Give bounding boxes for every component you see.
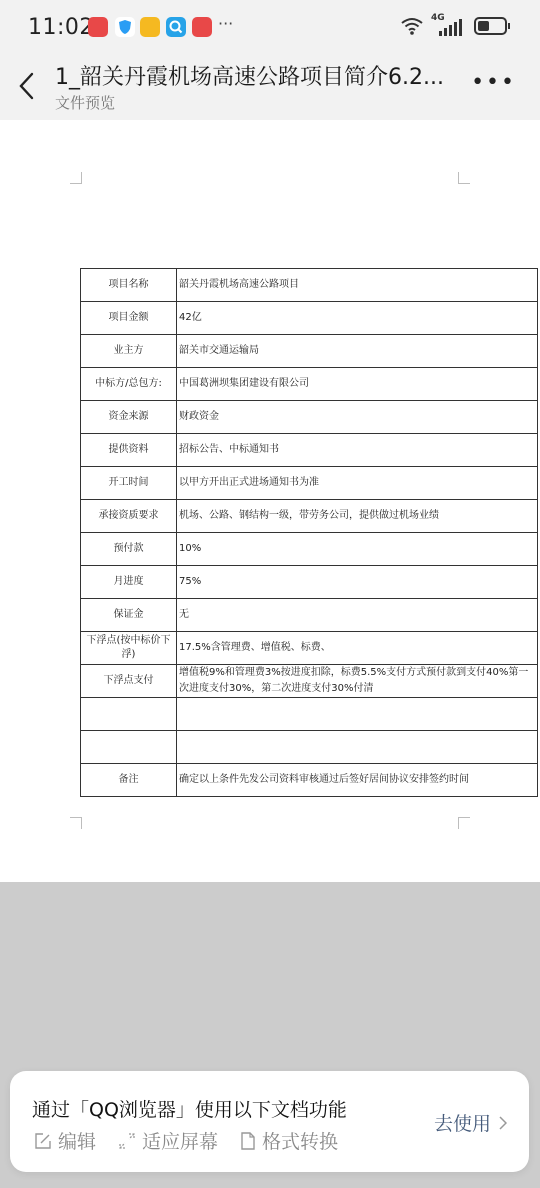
promo-title: 通过「QQ浏览器」使用以下文档功能: [32, 1095, 347, 1122]
row-label: 备注: [81, 764, 177, 797]
chevron-right-icon: [499, 1116, 507, 1130]
row-label: 项目名称: [81, 269, 177, 302]
clock: 11:02: [28, 15, 94, 40]
go-use-button[interactable]: 去使用: [434, 1109, 507, 1136]
row-label: 保证金: [81, 599, 177, 632]
row-label: 业主方: [81, 335, 177, 368]
row-label: 下浮点(按中标价下浮): [81, 632, 177, 665]
project-info-table: 项目名称韶关丹霞机场高速公路项目 项目金额42亿 业主方韶关市交通运输局 中标方…: [80, 268, 538, 797]
row-label: 承接资质要求: [81, 500, 177, 533]
back-button[interactable]: [14, 68, 42, 104]
search-app-icon: [166, 17, 186, 37]
row-value: 10%: [177, 533, 538, 566]
cellular-signal-icon: 4G: [431, 16, 462, 36]
table-row: 开工时间以甲方开出正式进场通知书为准: [81, 467, 538, 500]
row-label: 下浮点支付: [81, 665, 177, 698]
row-label: [81, 698, 177, 731]
row-label: 中标方/总包方:: [81, 368, 177, 401]
red-book-app-icon: [192, 17, 212, 37]
edit-icon: [34, 1132, 52, 1150]
fit-screen-icon: [118, 1132, 136, 1150]
battery-icon: [474, 17, 510, 35]
row-value: [177, 698, 538, 731]
page-margin-mark: [458, 172, 470, 184]
table-row: 提供资料招标公告、中标通知书: [81, 434, 538, 467]
status-bar: 11:02 ··· 4G: [0, 0, 540, 56]
feature-label: 编辑: [58, 1127, 96, 1154]
wifi-icon: [399, 16, 425, 36]
table-row: 项目金额42亿: [81, 302, 538, 335]
table-row: 承接资质要求机场、公路、钢结构一级，带劳务公司，提供做过机场业绩: [81, 500, 538, 533]
table-row: 业主方韶关市交通运输局: [81, 335, 538, 368]
huawei-app-icon: [88, 17, 108, 37]
table-row: [81, 698, 538, 731]
table-row: 保证金无: [81, 599, 538, 632]
network-type-label: 4G: [431, 13, 445, 23]
row-label: 预付款: [81, 533, 177, 566]
feature-format-convert[interactable]: 格式转换: [240, 1127, 338, 1154]
feature-list: 编辑 适应屏幕 格式转换: [34, 1127, 338, 1154]
page-margin-mark: [458, 817, 470, 829]
row-value: 韶关市交通运输局: [177, 335, 538, 368]
feature-label: 格式转换: [262, 1127, 338, 1154]
yellow-app-icon: [140, 17, 160, 37]
table-row: [81, 731, 538, 764]
system-icons: 4G: [399, 16, 510, 36]
row-value: 招标公告、中标通知书: [177, 434, 538, 467]
document-subtitle: 文件预览: [55, 92, 115, 113]
qq-browser-promo-card[interactable]: 通过「QQ浏览器」使用以下文档功能 编辑 适应屏幕 格式转换 去使用: [10, 1071, 529, 1172]
table-row: 备注确定以上条件先发公司资料审核通过后签好居间协议安排签约时间: [81, 764, 538, 797]
page-margin-mark: [70, 817, 82, 829]
row-label: 资金来源: [81, 401, 177, 434]
table-row: 项目名称韶关丹霞机场高速公路项目: [81, 269, 538, 302]
row-value: 无: [177, 599, 538, 632]
row-value: 75%: [177, 566, 538, 599]
shield-app-icon: [115, 17, 135, 37]
page-margin-mark: [70, 172, 82, 184]
table-row: 中标方/总包方:中国葛洲坝集团建设有限公司: [81, 368, 538, 401]
more-notifications-icon: ···: [218, 14, 233, 33]
table-row: 资金来源财政资金: [81, 401, 538, 434]
feature-edit[interactable]: 编辑: [34, 1127, 96, 1154]
row-value: 17.5%含管理费、增值税、标费、: [177, 632, 538, 665]
more-options-button[interactable]: •••: [471, 70, 516, 95]
table-row: 下浮点(按中标价下浮)17.5%含管理费、增值税、标费、: [81, 632, 538, 665]
feature-fit-screen[interactable]: 适应屏幕: [118, 1127, 218, 1154]
row-value: 机场、公路、钢结构一级，带劳务公司，提供做过机场业绩: [177, 500, 538, 533]
table-row: 下浮点支付增值税9%和管理费3%按进度扣除，标费5.5%支付方式预付款到支付40…: [81, 665, 538, 698]
table-row: 月进度75%: [81, 566, 538, 599]
go-use-label: 去使用: [434, 1109, 491, 1136]
row-value: 42亿: [177, 302, 538, 335]
document-icon: [240, 1132, 256, 1150]
chevron-left-icon: [14, 68, 42, 104]
row-value: 韶关丹霞机场高速公路项目: [177, 269, 538, 302]
document-page: 项目名称韶关丹霞机场高速公路项目 项目金额42亿 业主方韶关市交通运输局 中标方…: [0, 120, 540, 882]
row-label: [81, 731, 177, 764]
document-title: 1_韶关丹霞机场高速公路项目简介6.2...: [55, 60, 444, 91]
row-value: 增值税9%和管理费3%按进度扣除，标费5.5%支付方式预付款到支付40%第一次进…: [177, 665, 538, 698]
row-label: 开工时间: [81, 467, 177, 500]
feature-label: 适应屏幕: [142, 1127, 218, 1154]
row-label: 月进度: [81, 566, 177, 599]
row-value: [177, 731, 538, 764]
app-bar: 1_韶关丹霞机场高速公路项目简介6.2... 文件预览 •••: [0, 56, 540, 120]
table-row: 预付款10%: [81, 533, 538, 566]
row-label: 提供资料: [81, 434, 177, 467]
row-value: 以甲方开出正式进场通知书为准: [177, 467, 538, 500]
row-value: 中国葛洲坝集团建设有限公司: [177, 368, 538, 401]
row-value: 财政资金: [177, 401, 538, 434]
row-value: 确定以上条件先发公司资料审核通过后签好居间协议安排签约时间: [177, 764, 538, 797]
row-label: 项目金额: [81, 302, 177, 335]
